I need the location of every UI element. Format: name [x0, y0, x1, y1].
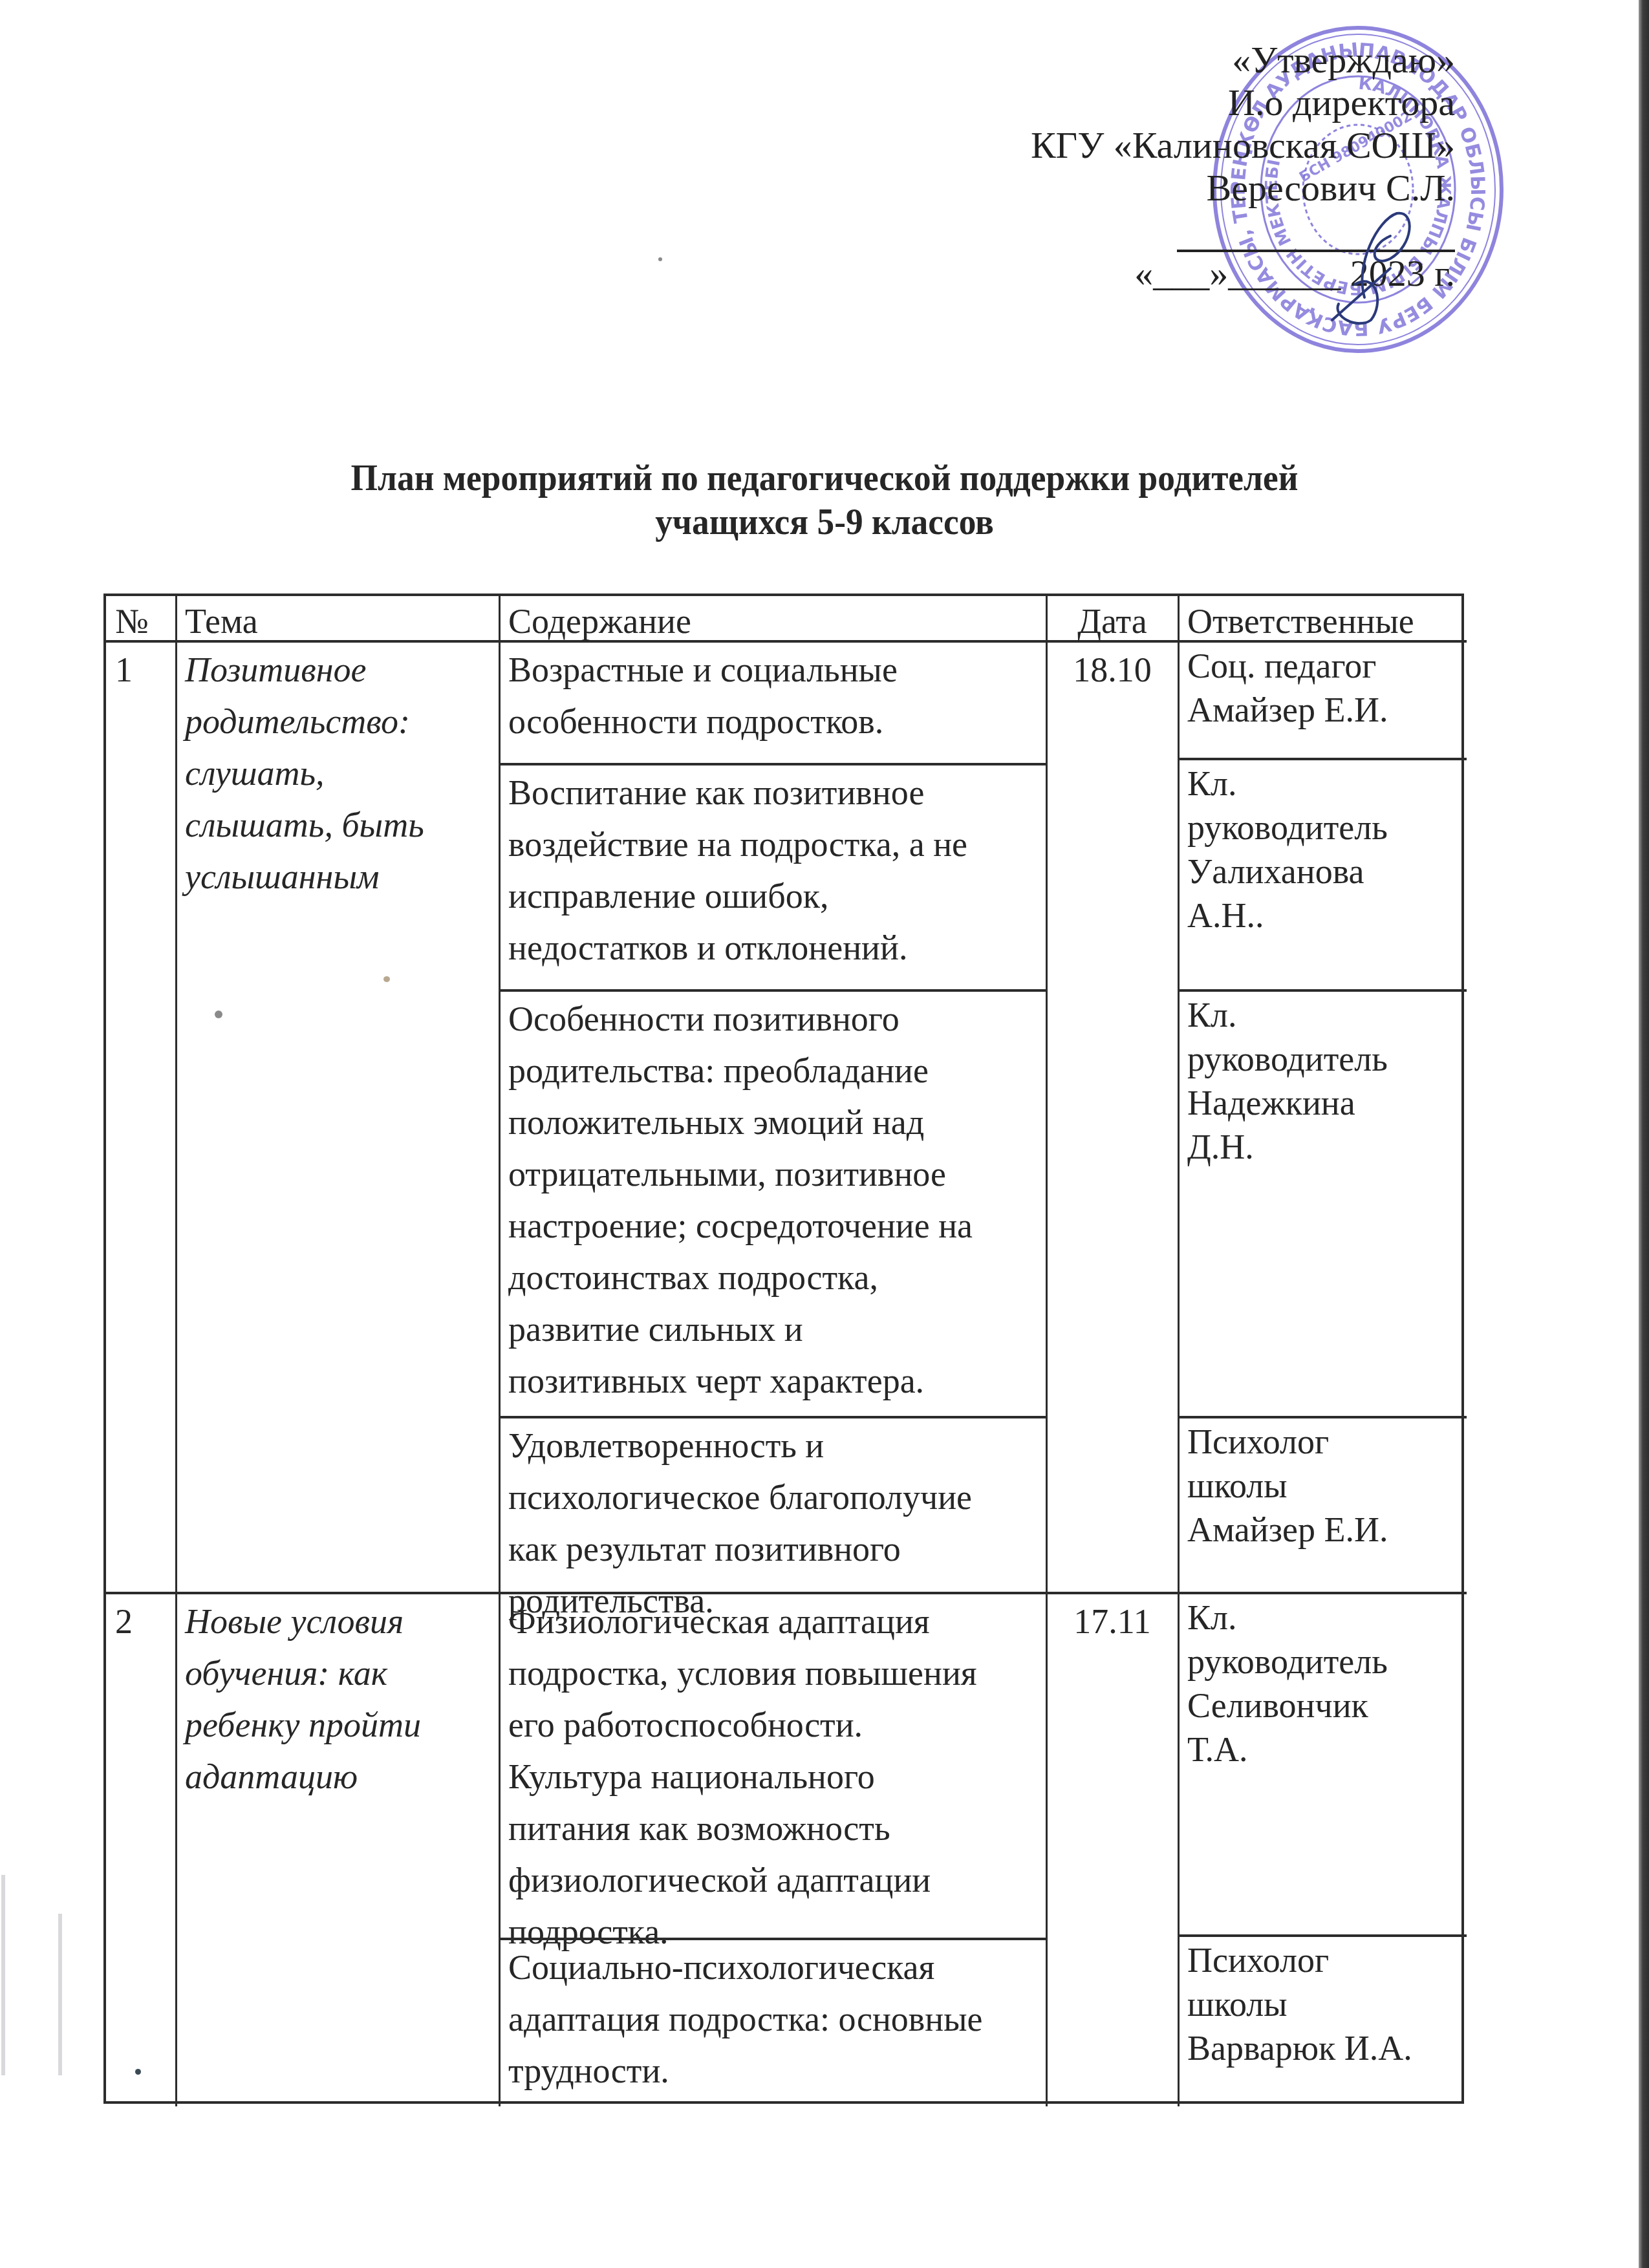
- content-cell-line: родительства: преобладание: [508, 1045, 1037, 1097]
- content-cell-line: положительных эмоций над: [508, 1097, 1037, 1148]
- content-cell-line: Особенности позитивного: [508, 993, 1037, 1045]
- content-cell: Возрастные и социальныеособенности подро…: [499, 641, 1046, 764]
- row-number: 2: [106, 1593, 176, 2106]
- responsible-cell: Кл.руководительСеливончикТ.А.: [1178, 1593, 1467, 1936]
- header-date: Дата: [1046, 596, 1178, 641]
- responsible-cell-line: Кл.: [1187, 993, 1458, 1037]
- content-cell-line: воздействие на подростка, а не: [508, 818, 1037, 870]
- row-topic-line: слушать,: [185, 747, 490, 799]
- content-cell-line: недостатков и отклонений.: [508, 922, 1037, 974]
- responsible-cell-line: Психолог: [1187, 1420, 1458, 1464]
- row-topic-line: родительство:: [185, 696, 490, 747]
- dust-speck: [135, 2069, 141, 2075]
- responsible-cell-line: школы: [1187, 1464, 1458, 1508]
- content-cell-line: его работоспособности.: [508, 1699, 1037, 1751]
- content-cell-line: психологическое благополучие: [508, 1471, 1037, 1523]
- content-cell-line: позитивных черт характера.: [508, 1355, 1037, 1407]
- header-responsible: Ответственные: [1178, 596, 1467, 641]
- row-topic-line: Новые условия: [185, 1596, 490, 1647]
- scan-streak: [1, 1875, 5, 2075]
- responsible-cell: Соц. педагогАмайзер Е.И.: [1178, 641, 1467, 759]
- content-cell-line: настроение; сосредоточение на: [508, 1200, 1037, 1252]
- row-topic-line: услышанным: [185, 851, 490, 903]
- header-topic: Тема: [176, 596, 499, 641]
- content-cell: Удовлетворенность ипсихологическое благо…: [499, 1417, 1046, 1593]
- events-table: №ТемаСодержаниеДатаОтветственные1Позитив…: [103, 594, 1464, 2104]
- row-topic-line: ребенку пройти: [185, 1699, 490, 1751]
- content-cell-line: отрицательными, позитивное: [508, 1148, 1037, 1200]
- dust-speck: [658, 257, 662, 261]
- header-number: №: [106, 596, 176, 641]
- responsible-cell-line: Уалиханова: [1187, 850, 1458, 893]
- responsible-cell: ПсихологшколыАмайзер Е.И.: [1178, 1417, 1467, 1593]
- responsible-cell-line: Д.Н.: [1187, 1125, 1458, 1169]
- responsible-cell-line: Соц. педагог: [1187, 644, 1458, 688]
- responsible-cell-line: Психолог: [1187, 1938, 1458, 1982]
- signature-icon: [1293, 207, 1423, 330]
- responsible-cell-line: школы: [1187, 1982, 1458, 2026]
- approval-signatory: Вересович С.Л.: [938, 167, 1455, 209]
- approval-organization: КГУ «Калиновская СОШ»: [938, 124, 1455, 167]
- title-line-1: План мероприятий по педагогической подде…: [66, 456, 1583, 500]
- responsible-cell: ПсихологшколыВарварюк И.А.: [1178, 1936, 1467, 2106]
- responsible-cell-line: А.Н..: [1187, 893, 1458, 937]
- responsible-cell-line: Надежкина: [1187, 1081, 1458, 1125]
- responsible-cell-line: руководитель: [1187, 1640, 1458, 1684]
- header-content: Содержание: [499, 596, 1046, 641]
- content-cell: Физиологическая адаптацияподростка, усло…: [499, 1593, 1046, 1939]
- dust-speck: [383, 976, 390, 982]
- responsible-cell-line: Кл.: [1187, 762, 1458, 806]
- content-cell-line: физиологической адаптации: [508, 1854, 1037, 1906]
- content-cell-line: особенности подростков.: [508, 696, 1037, 747]
- content-cell: Воспитание как позитивноевоздействие на …: [499, 764, 1046, 990]
- content-cell-line: питания как возможность: [508, 1803, 1037, 1854]
- responsible-cell-line: Селивончик: [1187, 1684, 1458, 1728]
- content-cell-line: Возрастные и социальные: [508, 644, 1037, 696]
- row-topic: Новые условияобучения: какребенку пройти…: [176, 1593, 499, 2106]
- dust-speck: [215, 1011, 222, 1018]
- content-cell-line: адаптация подростка: основные: [508, 1993, 1037, 2045]
- approval-heading: «Утверждаю»: [938, 39, 1455, 81]
- content-cell: Социально-психологическаяадаптация подро…: [499, 1939, 1046, 2106]
- row-topic-line: обучения: как: [185, 1647, 490, 1699]
- approval-position: И.о директора: [938, 81, 1455, 124]
- responsible-cell-line: руководитель: [1187, 1037, 1458, 1081]
- responsible-cell: Кл.руководительУалихановаА.Н..: [1178, 759, 1467, 990]
- content-cell-line: Воспитание как позитивное: [508, 767, 1037, 818]
- row-date: 17.11: [1046, 1593, 1178, 2106]
- scan-streak: [58, 1914, 62, 2075]
- title-line-2: учащихся 5-9 классов: [66, 500, 1583, 544]
- content-cell-line: Удовлетворенность и: [508, 1420, 1037, 1471]
- content-cell-line: подростка, условия повышения: [508, 1647, 1037, 1699]
- content-cell-line: трудности.: [508, 2045, 1037, 2097]
- row-topic-line: слышать, быть: [185, 799, 490, 851]
- row-number: 1: [106, 641, 176, 1593]
- content-cell-line: Физиологическая адаптация: [508, 1596, 1037, 1647]
- responsible-cell-line: Амайзер Е.И.: [1187, 688, 1458, 732]
- row-date: 18.10: [1046, 641, 1178, 1593]
- scan-edge: [1639, 0, 1649, 2268]
- responsible-cell-line: Варварюк И.А.: [1187, 2026, 1458, 2070]
- page-title: План мероприятий по педагогической подде…: [66, 456, 1583, 544]
- content-cell-line: исправление ошибок,: [508, 870, 1037, 922]
- content-cell-line: достоинствах подростка,: [508, 1252, 1037, 1303]
- content-cell: Особенности позитивногородительства: пре…: [499, 990, 1046, 1417]
- row-topic: Позитивноеродительство:слушать,слышать, …: [176, 641, 499, 1593]
- responsible-cell-line: Кл.: [1187, 1596, 1458, 1640]
- responsible-cell-line: руководитель: [1187, 806, 1458, 850]
- responsible-cell-line: Т.А.: [1187, 1728, 1458, 1771]
- responsible-cell-line: Амайзер Е.И.: [1187, 1508, 1458, 1552]
- content-cell-line: Культура национального: [508, 1751, 1037, 1803]
- content-cell-line: развитие сильных и: [508, 1303, 1037, 1355]
- content-cell-line: как результат позитивного: [508, 1523, 1037, 1575]
- responsible-cell: Кл.руководительНадежкинаД.Н.: [1178, 990, 1467, 1417]
- row-topic-line: адаптацию: [185, 1751, 490, 1803]
- row-topic-line: Позитивное: [185, 644, 490, 696]
- content-cell-line: Социально-психологическая: [508, 1942, 1037, 1993]
